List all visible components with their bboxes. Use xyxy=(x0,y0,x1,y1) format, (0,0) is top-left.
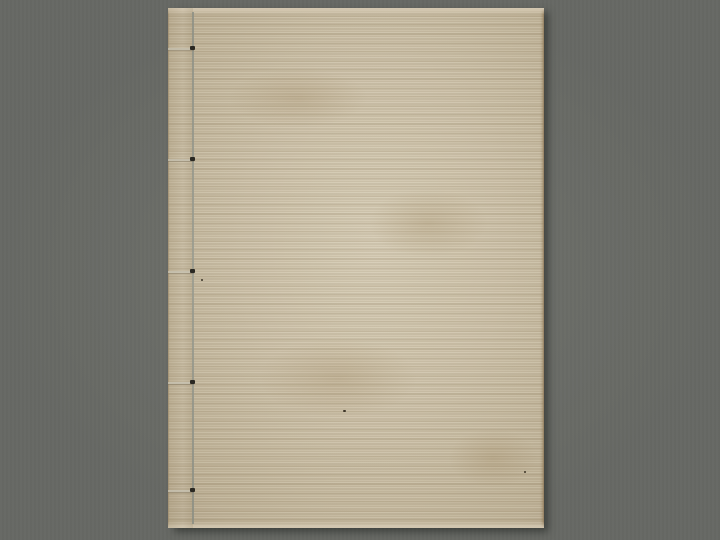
book-cover xyxy=(168,8,544,528)
cover-stain xyxy=(258,338,418,418)
binding-hole xyxy=(190,157,195,161)
binding-hole xyxy=(190,380,195,384)
cover-fleck xyxy=(343,410,346,412)
photo-background xyxy=(0,0,720,540)
cover-stain xyxy=(448,428,538,488)
cover-stain xyxy=(228,68,368,128)
book-top-edge xyxy=(168,8,544,14)
binding-stitch-line xyxy=(192,12,194,524)
cover-fleck xyxy=(201,279,203,281)
binding-hole xyxy=(190,488,195,492)
book-spine-band xyxy=(168,8,193,528)
book-bottom-edge xyxy=(168,522,544,528)
cover-fleck xyxy=(524,471,526,473)
binding-hole xyxy=(190,46,195,50)
binding-hole xyxy=(190,269,195,273)
cover-stain xyxy=(368,188,488,258)
